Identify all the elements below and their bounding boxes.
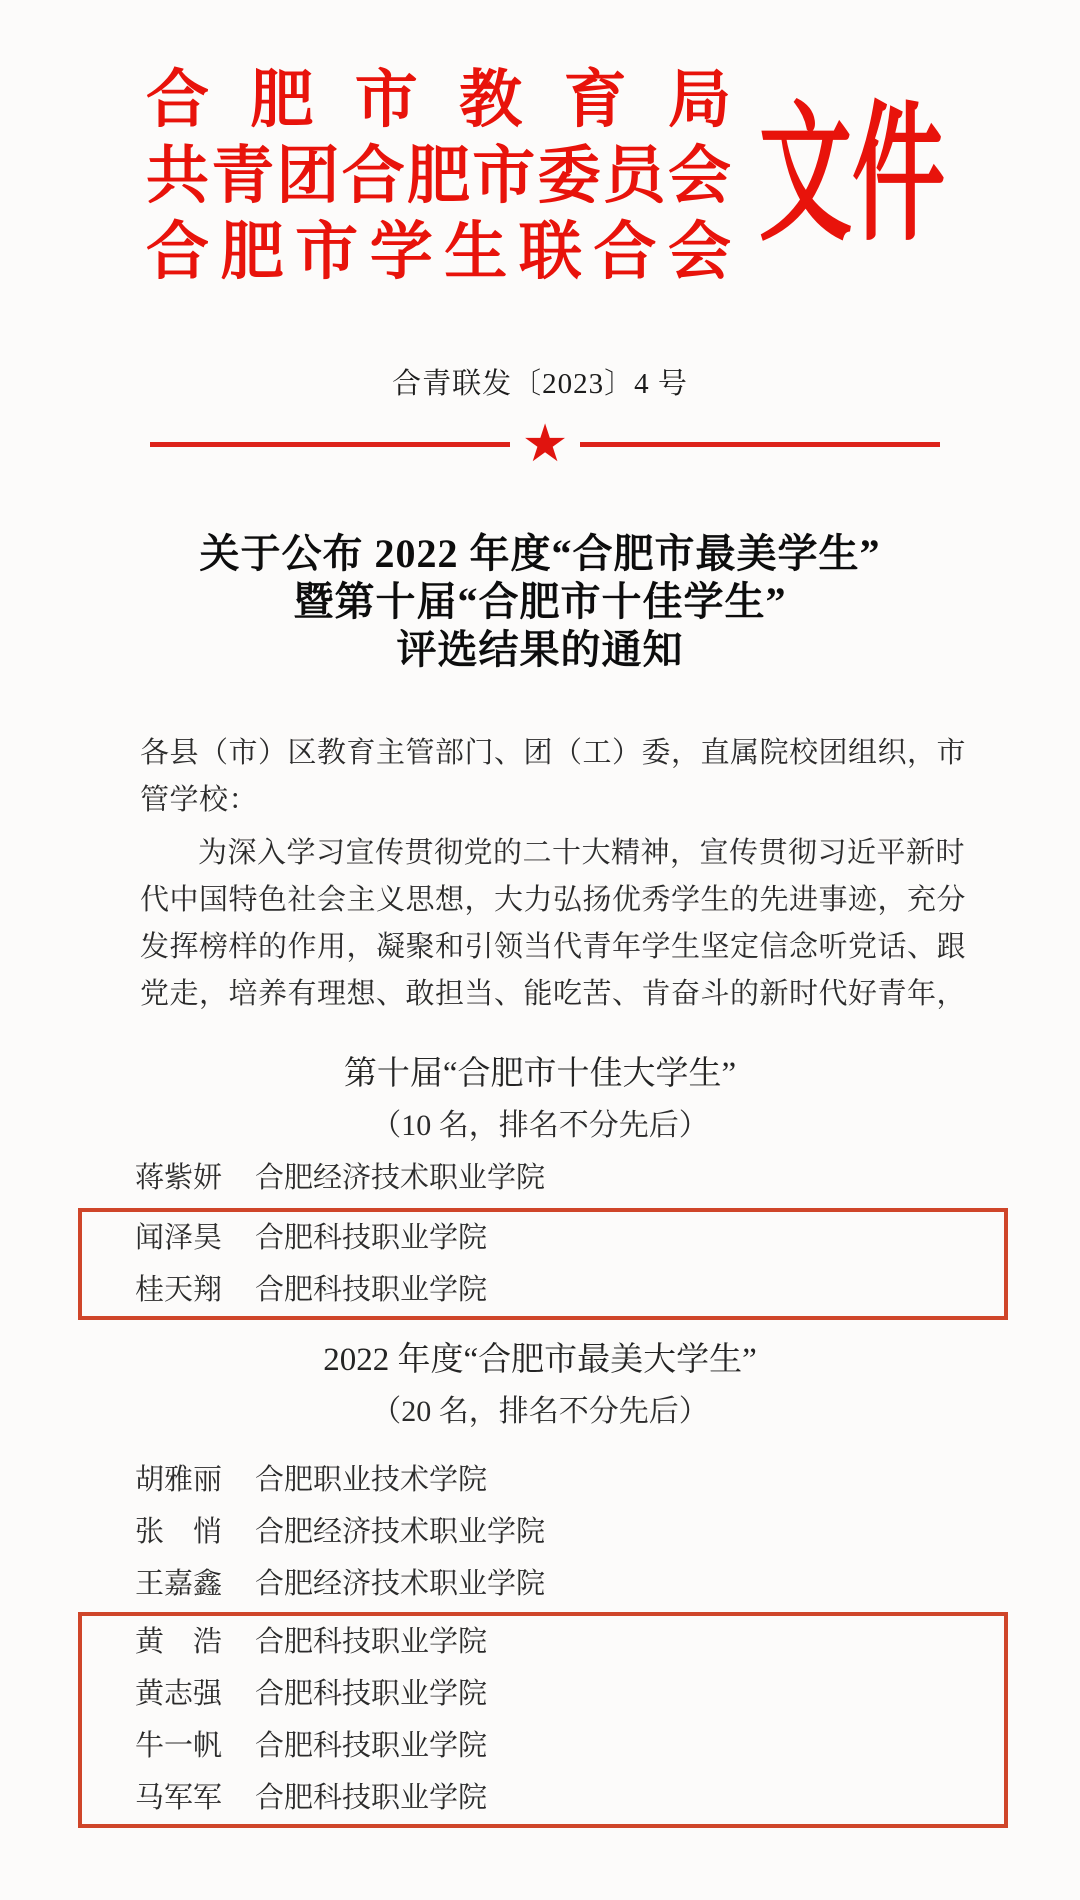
section-top-ten-students: 第十届“合肥市十佳大学生” （10 名，排名不分先后） 蒋紫妍合肥经济技术职业学… <box>0 1048 1080 1320</box>
awardee-row: 张 悄合肥经济技术职业学院 <box>0 1506 1080 1558</box>
intro-line: 代中国特色社会主义思想，大力弘扬优秀学生的先进事迹，充分 <box>140 877 1080 924</box>
awardee-school: 合肥科技职业学院 <box>255 1626 487 1658</box>
intro-line: 党走，培养有理想、敢担当、能吃苦、肯奋斗的新时代好青年， <box>140 971 1080 1018</box>
intro-line: 为深入学习宣传贯彻党的二十大精神，宣传贯彻习近平新时 <box>140 830 1080 877</box>
awardee-school: 合肥经济技术职业学院 <box>255 1568 545 1600</box>
document-page: 合肥市教育局 共青团合肥市委员会 合肥市学生联合会 文件 合青联发〔2023〕4… <box>0 0 1080 1900</box>
awardee-school: 合肥职业技术学院 <box>255 1464 487 1496</box>
letterhead: 合肥市教育局 共青团合肥市委员会 合肥市学生联合会 文件 <box>146 0 1080 290</box>
highlight-box-top-ten: 闻泽昊合肥科技职业学院 桂天翔合肥科技职业学院 <box>78 1208 1008 1320</box>
awardee-name: 张 悄 <box>135 1506 227 1558</box>
awardee-name: 黄志强 <box>135 1668 227 1720</box>
awardee-name: 桂天翔 <box>135 1264 227 1316</box>
highlight-box-most-beautiful: 黄 浩合肥科技职业学院 黄志强合肥科技职业学院 牛一帆合肥科技职业学院 马军军合… <box>78 1612 1008 1828</box>
awardee-row: 牛一帆合肥科技职业学院 <box>82 1720 1004 1772</box>
awardee-name: 马军军 <box>135 1772 227 1824</box>
star-divider: ★ <box>150 424 940 464</box>
awardee-name: 王嘉鑫 <box>135 1558 227 1610</box>
intro-paragraph: 为深入学习宣传贯彻党的二十大精神，宣传贯彻习近平新时 代中国特色社会主义思想，大… <box>0 830 1080 1018</box>
org-line-education-bureau: 合肥市教育局 <box>146 62 731 138</box>
star-icon: ★ <box>522 424 569 464</box>
awardee-name: 牛一帆 <box>135 1720 227 1772</box>
awardee-school: 合肥经济技术职业学院 <box>255 1516 545 1548</box>
awardee-name: 黄 浩 <box>135 1616 227 1668</box>
awardee-row: 蒋紫妍合肥经济技术职业学院 <box>0 1152 1080 1204</box>
document-number: 合青联发〔2023〕4 号 <box>0 366 1080 402</box>
awardee-row: 胡雅丽合肥职业技术学院 <box>0 1454 1080 1506</box>
awardee-school: 合肥科技职业学院 <box>255 1222 487 1254</box>
title-line-3: 评选结果的通知 <box>0 626 1080 674</box>
awardee-row: 闻泽昊合肥科技职业学院 <box>82 1212 1004 1264</box>
awardee-row: 桂天翔合肥科技职业学院 <box>82 1264 1004 1316</box>
awardee-list: 蒋紫妍合肥经济技术职业学院 <box>0 1152 1080 1204</box>
org-names: 合肥市教育局 共青团合肥市委员会 合肥市学生联合会 <box>146 62 731 290</box>
awardee-list: 胡雅丽合肥职业技术学院 张 悄合肥经济技术职业学院 王嘉鑫合肥经济技术职业学院 <box>0 1454 1080 1610</box>
awardee-school: 合肥科技职业学院 <box>255 1782 487 1814</box>
divider-line-right <box>580 442 940 447</box>
awardee-row: 王嘉鑫合肥经济技术职业学院 <box>0 1558 1080 1610</box>
divider-line-left <box>150 442 510 447</box>
section-heading: 2022 年度“合肥市最美大学生” <box>0 1334 1080 1386</box>
awardee-row: 马军军合肥科技职业学院 <box>82 1772 1004 1824</box>
salutation-line: 各县（市）区教育主管部门、团（工）委，直属院校团组织，市 <box>140 730 1080 777</box>
awardee-school: 合肥科技职业学院 <box>255 1730 487 1762</box>
org-line-youth-league: 共青团合肥市委员会 <box>146 138 731 214</box>
document-type-label: 文件 <box>759 101 945 251</box>
awardee-school: 合肥科技职业学院 <box>255 1678 487 1710</box>
document-title: 关于公布 2022 年度“合肥市最美学生” 暨第十届“合肥市十佳学生” 评选结果… <box>0 530 1080 674</box>
section-most-beautiful-students: 2022 年度“合肥市最美大学生” （20 名，排名不分先后） 胡雅丽合肥职业技… <box>0 1334 1080 1828</box>
awardee-name: 闻泽昊 <box>135 1212 227 1264</box>
awardee-school: 合肥科技职业学院 <box>255 1274 487 1306</box>
section-count-note: （20 名，排名不分先后） <box>0 1386 1080 1438</box>
org-line-student-federation: 合肥市学生联合会 <box>146 214 731 290</box>
salutation-line: 管学校： <box>140 777 1080 824</box>
section-heading: 第十届“合肥市十佳大学生” <box>0 1048 1080 1100</box>
awardee-name: 蒋紫妍 <box>135 1152 227 1204</box>
section-count-note: （10 名，排名不分先后） <box>0 1100 1080 1152</box>
salutation-paragraph: 各县（市）区教育主管部门、团（工）委，直属院校团组织，市 管学校： <box>0 730 1080 824</box>
awardee-row: 黄志强合肥科技职业学院 <box>82 1668 1004 1720</box>
awardee-school: 合肥经济技术职业学院 <box>255 1162 545 1194</box>
awardee-name: 胡雅丽 <box>135 1454 227 1506</box>
title-line-2: 暨第十届“合肥市十佳学生” <box>0 578 1080 626</box>
awardee-row: 黄 浩合肥科技职业学院 <box>82 1616 1004 1668</box>
intro-line: 发挥榜样的作用，凝聚和引领当代青年学生坚定信念听党话、跟 <box>140 924 1080 971</box>
body-text: 各县（市）区教育主管部门、团（工）委，直属院校团组织，市 管学校： 为深入学习宣… <box>0 730 1080 1018</box>
title-line-1: 关于公布 2022 年度“合肥市最美学生” <box>0 530 1080 578</box>
